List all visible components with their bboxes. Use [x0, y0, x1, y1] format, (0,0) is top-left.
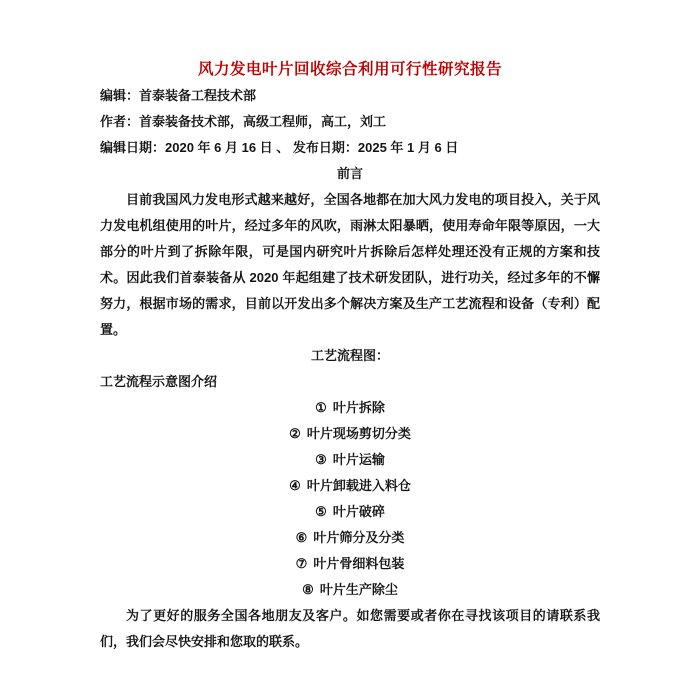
step-label: 叶片生产除尘 [320, 582, 398, 597]
step-number: ⑥ [296, 530, 308, 545]
step-number: ① [315, 400, 327, 415]
process-step: ⑤叶片破碎 [100, 499, 600, 525]
process-step: ⑧叶片生产除尘 [100, 577, 600, 603]
step-label: 叶片拆除 [333, 400, 385, 415]
closing-paragraph: 为了更好的服务全国各地朋友及客户。如您需要或者你在寻找该项目的请联系我们，我们会… [100, 603, 600, 655]
preface-paragraph: 目前我国风力发电形式越来越好，全国各地都在加大风力发电的项目投入，关于风力发电机… [100, 187, 600, 343]
preface-heading: 前言 [100, 161, 600, 187]
process-step-list: ①叶片拆除 ②叶片现场剪切分类 ③叶片运输 ④叶片卸载进入料仓 ⑤叶片破碎 ⑥叶… [100, 395, 600, 603]
document-page: 风力发电叶片回收综合利用可行性研究报告 编辑：首泰装备工程技术部 作者：首泰装备… [0, 0, 700, 700]
process-step: ③叶片运输 [100, 447, 600, 473]
process-intro: 工艺流程示意图介绍 [100, 369, 600, 395]
step-label: 叶片骨细料包装 [313, 556, 404, 571]
step-number: ⑦ [296, 556, 308, 571]
step-number: ⑧ [302, 582, 314, 597]
meta-author: 作者：首泰装备技术部，高级工程师，高工，刘工 [100, 109, 600, 135]
step-label: 叶片现场剪切分类 [307, 426, 411, 441]
process-step: ⑥叶片筛分及分类 [100, 525, 600, 551]
step-number: ② [289, 426, 301, 441]
step-label: 叶片破碎 [333, 504, 385, 519]
process-step: ①叶片拆除 [100, 395, 600, 421]
step-number: ③ [315, 452, 327, 467]
step-label: 叶片筛分及分类 [313, 530, 404, 545]
process-step: ⑦叶片骨细料包装 [100, 551, 600, 577]
step-number: ④ [289, 478, 301, 493]
step-label: 叶片运输 [333, 452, 385, 467]
process-step: ②叶片现场剪切分类 [100, 421, 600, 447]
meta-editor: 编辑：首泰装备工程技术部 [100, 83, 600, 109]
step-number: ⑤ [315, 504, 327, 519]
step-label: 叶片卸载进入料仓 [307, 478, 411, 493]
document-title: 风力发电叶片回收综合利用可行性研究报告 [100, 57, 600, 83]
process-step: ④叶片卸载进入料仓 [100, 473, 600, 499]
meta-dates: 编辑日期：2020 年 6 月 16 日 、 发布日期：2025 年 1 月 6… [100, 135, 600, 161]
process-diagram-heading: 工艺流程图： [100, 343, 600, 369]
